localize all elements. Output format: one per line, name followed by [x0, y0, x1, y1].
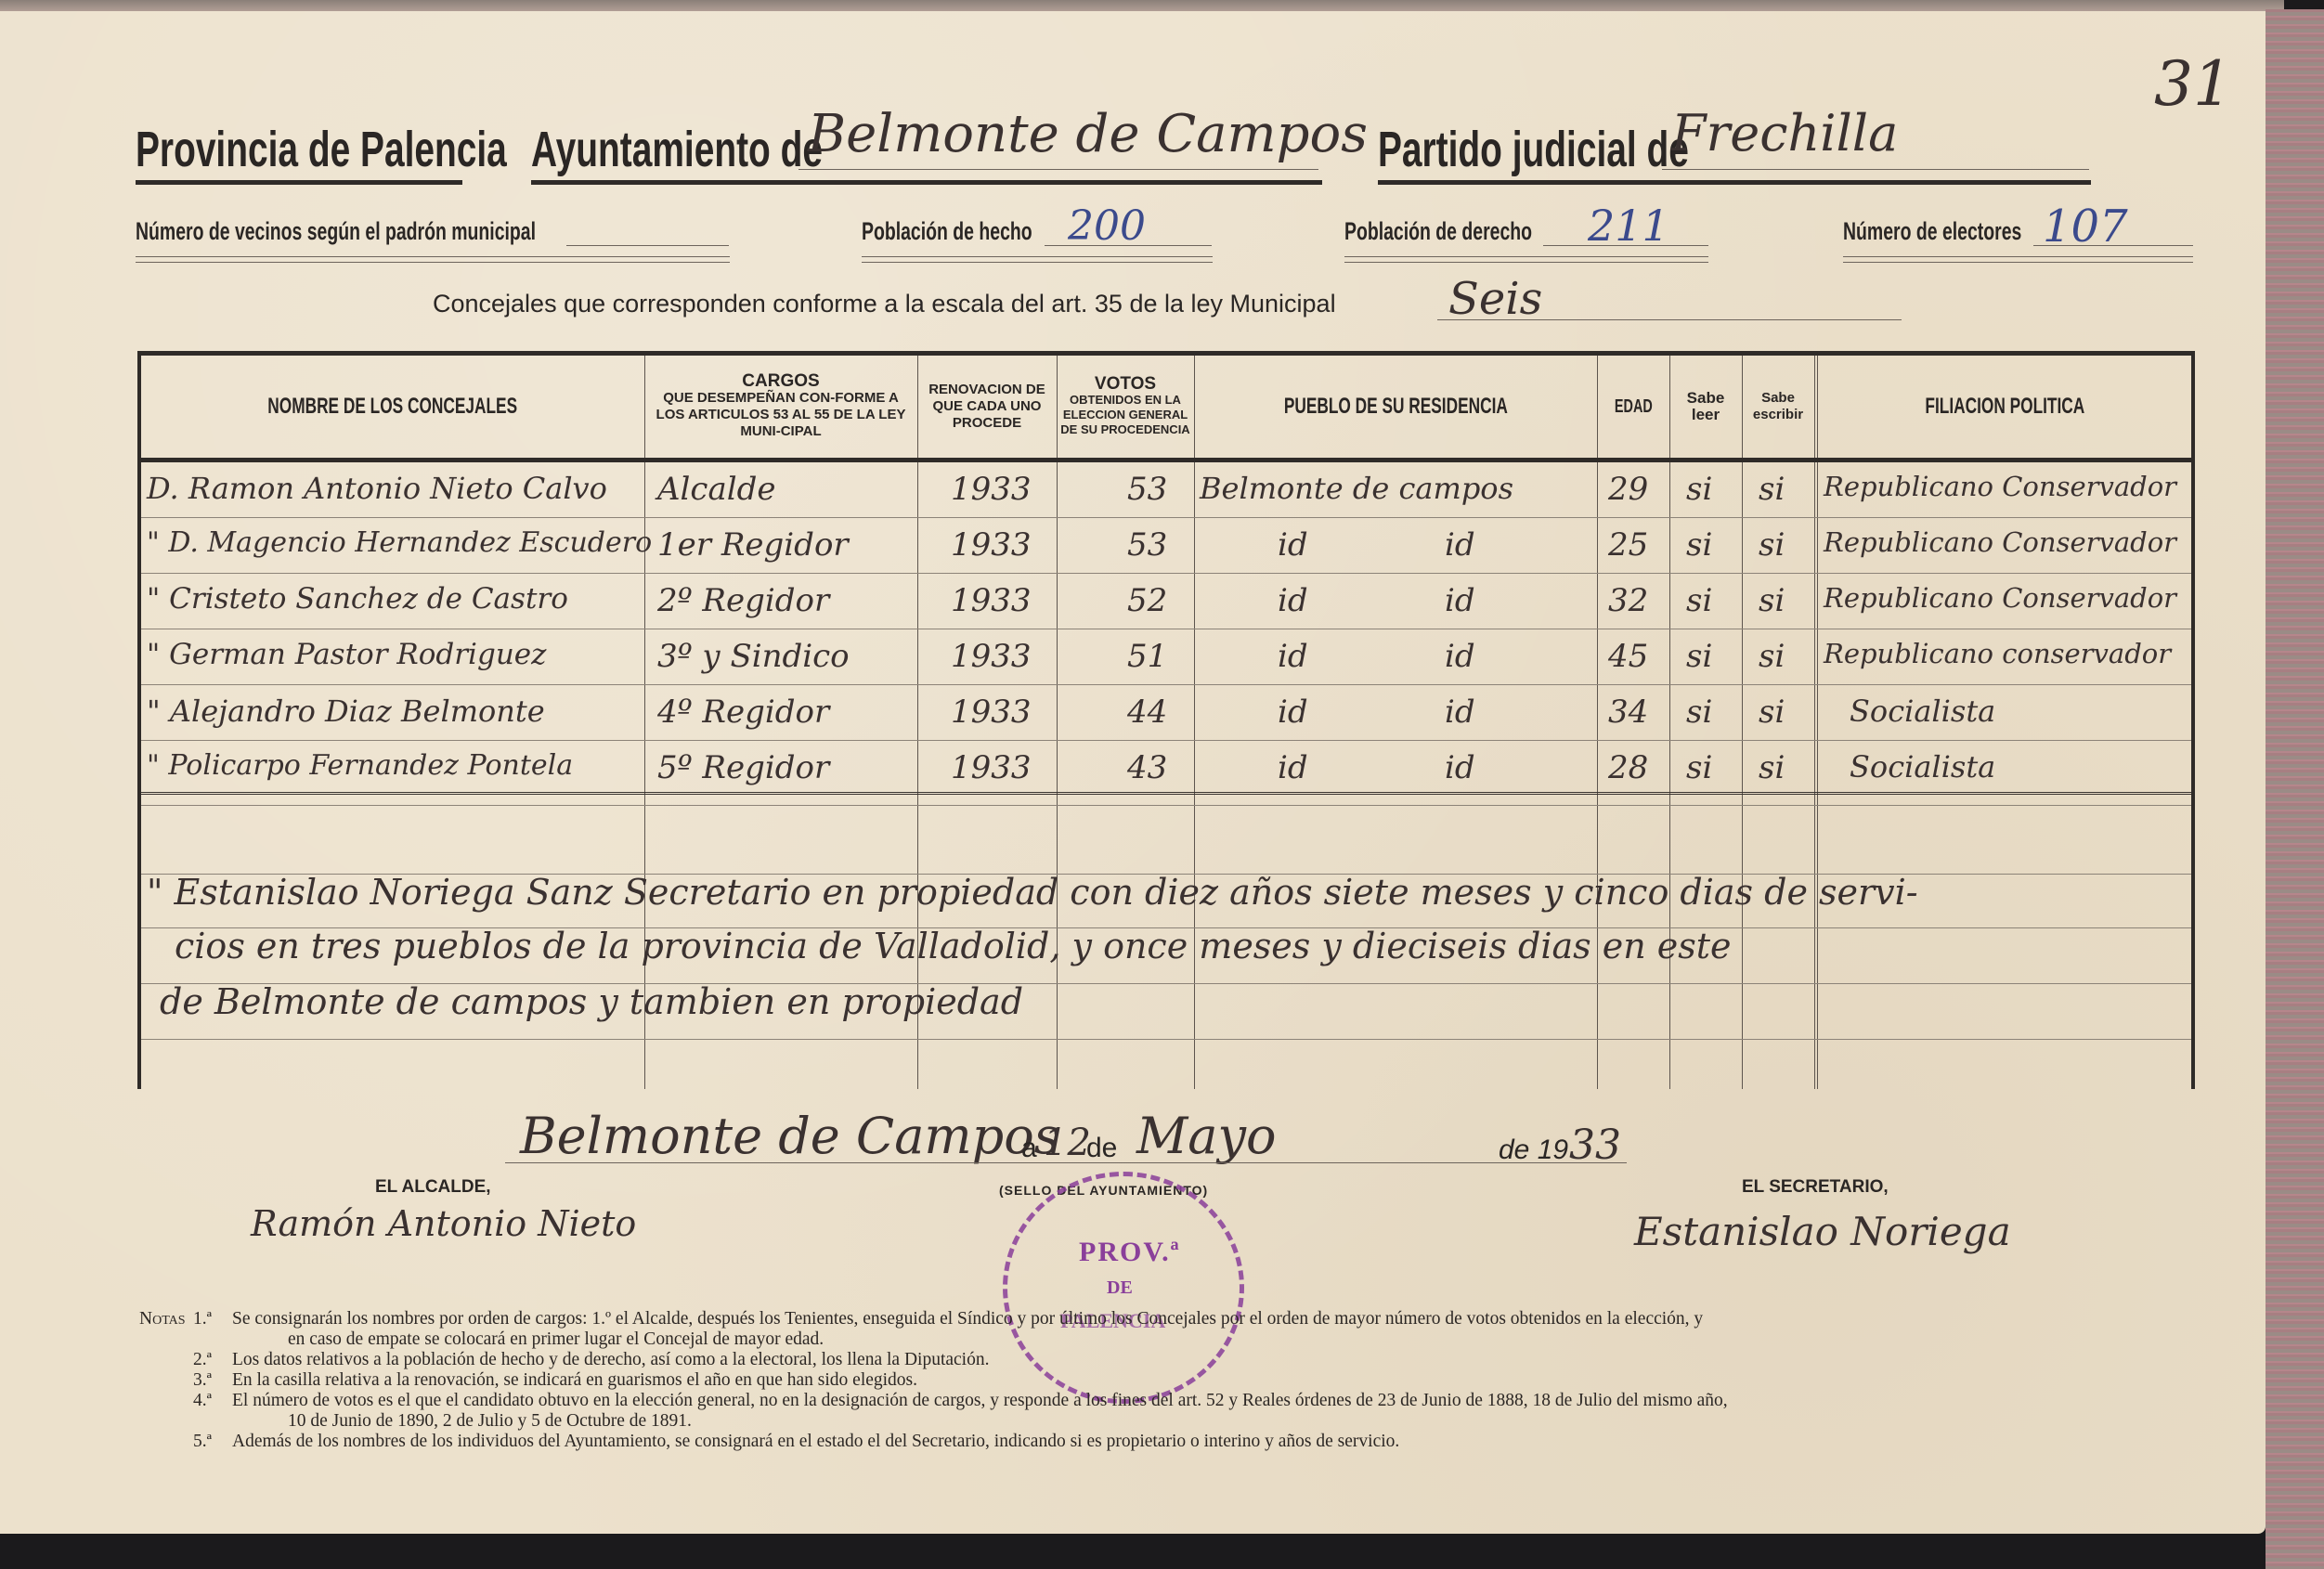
note-text: En la casilla relativa a la renovación, …	[232, 1370, 917, 1391]
vecinos-underline-1	[136, 256, 730, 257]
renovacion-cell: 1933	[951, 526, 1032, 564]
derecho-underline-1	[1344, 256, 1708, 257]
secretario-label: EL SECRETARIO,	[1742, 1177, 1889, 1198]
pueblo-cell: id	[1278, 582, 1308, 619]
concejales-fill-line	[1437, 319, 1902, 320]
hecho-label-wrap: Población de hecho	[862, 217, 1098, 246]
row-line	[141, 684, 2191, 685]
partido-label: Partido judicial de	[1378, 121, 1689, 178]
cargo-cell: 2º Regidor	[657, 582, 829, 619]
date-place: Belmonte de Campos	[520, 1107, 1059, 1165]
sabe-leer-cell: si	[1686, 526, 1712, 564]
row-line	[141, 805, 2191, 806]
derecho-value: 211	[1588, 201, 1669, 251]
votos-cell: 51	[1127, 638, 1167, 675]
concejales-value: Seis	[1448, 273, 1542, 325]
sabe-leer-cell: si	[1686, 471, 1712, 508]
nombre-cell: D. Ramon Antonio Nieto Calvo	[147, 471, 607, 506]
filiacion-cell: Republicano conservador	[1824, 638, 2171, 669]
hecho-label: Población de hecho	[862, 217, 1032, 246]
note-number: 2.ª	[193, 1350, 232, 1370]
sabe-escribir-cell: si	[1759, 749, 1785, 786]
edad-cell: 32	[1608, 582, 1648, 619]
filiacion-cell: Socialista	[1850, 694, 1995, 729]
hecho-underline-1	[862, 256, 1213, 257]
edad-cell: 29	[1608, 471, 1648, 508]
secretario-note-line-2: cios en tres pueblos de la provincia de …	[175, 926, 1732, 966]
col-header-sabe-leer: Sabe leer	[1669, 356, 1742, 458]
col-header-pueblo: PUEBLO DE SU RESIDENCIA	[1194, 356, 1597, 458]
electores-fill-line	[2033, 245, 2193, 246]
col-divider	[1057, 356, 1058, 1089]
stamp-line-2: DE	[1107, 1277, 1133, 1299]
col-header-nombre: NOMBRE DE LOS CONCEJALES	[141, 356, 644, 458]
pueblo-cell: id	[1278, 749, 1308, 786]
note-number: 1.ª	[193, 1309, 232, 1329]
partido-fill-line	[1662, 169, 2089, 170]
edad-cell: 25	[1608, 526, 1648, 564]
col-header-sabe-escribir: Sabe escribir	[1742, 356, 1814, 458]
note-item: 3.ª En la casilla relativa a la renovaci…	[139, 1370, 1728, 1391]
note-item: 5.ª Además de los nombres de los individ…	[139, 1432, 1728, 1452]
note-number: 4.ª	[193, 1391, 232, 1411]
col-divider	[644, 356, 645, 1089]
cargo-cell: 5º Regidor	[657, 749, 829, 786]
derecho-underline-2	[1344, 262, 1708, 263]
note-text: en caso de empate se colocará en primer …	[288, 1329, 824, 1350]
pueblo-cell-2: id	[1445, 526, 1475, 564]
sabe-leer-cell: si	[1686, 638, 1712, 675]
renovacion-cell: 1933	[951, 582, 1032, 619]
nombre-cell: " Policarpo Fernandez Pontela	[147, 749, 573, 782]
sabe-escribir-cell: si	[1759, 638, 1785, 675]
hecho-fill-line	[1045, 245, 1212, 246]
sabe-escribir-cell: si	[1759, 471, 1785, 508]
members-end-line	[141, 792, 2191, 798]
cargo-cell: 4º Regidor	[657, 694, 829, 731]
sabe-leer-cell: si	[1686, 694, 1712, 731]
col-header-votos: VOTOS OBTENIDOS EN LA ELECCION GENERAL D…	[1057, 356, 1194, 458]
votos-cell: 52	[1127, 582, 1167, 619]
concejales-label: Concejales que corresponden conforme a l…	[433, 290, 1336, 318]
sabe-escribir-cell: si	[1759, 582, 1785, 619]
note-text: Además de los nombres de los individuos …	[232, 1432, 1399, 1452]
col-header-edad: EDAD	[1597, 356, 1669, 458]
pueblo-cell: id	[1278, 638, 1308, 675]
alcalde-label: EL ALCALDE,	[375, 1177, 491, 1198]
filiacion-cell: Socialista	[1850, 749, 1995, 784]
register-page: 31 Provincia de Palencia Ayuntamiento de…	[0, 11, 2266, 1534]
pueblo-cell: id	[1278, 694, 1308, 731]
date-day: 12	[1044, 1122, 1091, 1164]
nombre-cell: " Cristeto Sanchez de Castro	[147, 582, 568, 616]
electores-underline-2	[1843, 262, 2193, 263]
date-a: a	[1021, 1133, 1037, 1164]
note-number: 5.ª	[193, 1432, 232, 1452]
date-de: de	[1086, 1133, 1117, 1164]
concejales-table: NOMBRE DE LOS CONCEJALES CARGOS QUE DESE…	[137, 351, 2195, 1089]
votos-cell: 53	[1127, 471, 1167, 508]
secretario-note-line-3: de Belmonte de campos y tambien en propi…	[160, 981, 1023, 1022]
renovacion-cell: 1933	[951, 638, 1032, 675]
notes-section: Notas 1.ª Se consignarán los nombres por…	[139, 1309, 1728, 1452]
pueblo-cell: id	[1278, 526, 1308, 564]
nombre-cell: " Alejandro Diaz Belmonte	[147, 694, 545, 729]
ayuntamiento-underline	[531, 180, 1322, 185]
vecinos-underline-2	[136, 262, 730, 263]
row-line	[141, 1039, 2191, 1040]
sabe-escribir-cell: si	[1759, 526, 1785, 564]
vecinos-fill-line	[566, 245, 729, 246]
col-divider	[917, 356, 918, 1089]
note-text: 10 de Junio de 1890, 2 de Julio y 5 de O…	[288, 1411, 692, 1432]
header-separator	[141, 458, 2191, 462]
derecho-label-wrap: Población de derecho	[1344, 217, 1605, 246]
row-line	[141, 740, 2191, 741]
col-divider	[1814, 356, 1818, 1089]
votos-cell: 53	[1127, 526, 1167, 564]
book-binding-edge	[2266, 9, 2324, 1569]
edad-cell: 34	[1608, 694, 1648, 731]
nombre-cell: " D. Magencio Hernandez Escudero	[147, 526, 652, 559]
sabe-leer-cell: si	[1686, 582, 1712, 619]
renovacion-cell: 1933	[951, 694, 1032, 731]
renovacion-cell: 1933	[951, 749, 1032, 786]
col-header-filiacion: FILIACION POLITICA	[1818, 356, 2191, 458]
note-text: El número de votos es el que el candidat…	[232, 1391, 1728, 1411]
row-line	[141, 517, 2191, 518]
note-text: Los datos relativos a la población de he…	[232, 1350, 989, 1370]
row-line	[141, 629, 2191, 629]
hecho-value: 200	[1068, 202, 1146, 250]
filiacion-cell: Republicano Conservador	[1824, 526, 2176, 558]
nombre-cell: " German Pastor Rodriguez	[147, 638, 546, 671]
col-divider	[1669, 356, 1670, 1089]
pueblo-cell: Belmonte de campos	[1200, 471, 1513, 506]
edad-cell: 45	[1608, 638, 1648, 675]
secretario-signature: Estanislao Noriega	[1634, 1209, 2011, 1254]
notes-label: Notas	[139, 1309, 193, 1329]
provincia-underline	[136, 180, 462, 185]
date-month: Mayo	[1136, 1107, 1277, 1165]
sabe-leer-cell: si	[1686, 749, 1712, 786]
pueblo-cell-2: id	[1445, 582, 1475, 619]
note-number: 3.ª	[193, 1370, 232, 1391]
hecho-underline-2	[862, 262, 1213, 263]
pueblo-cell-2: id	[1445, 694, 1475, 731]
vecinos-label: Número de vecinos según el padrón munici…	[136, 217, 536, 246]
ayuntamiento-label: Ayuntamiento de	[531, 121, 823, 178]
note-text: Se consignarán los nombres por orden de …	[232, 1309, 1703, 1329]
edad-cell: 28	[1608, 749, 1648, 786]
note-item: 4.ª El número de votos es el que el cand…	[139, 1391, 1728, 1411]
partido-underline	[1378, 180, 2091, 185]
row-line	[141, 573, 2191, 574]
partido-value: Frechilla	[1671, 104, 1898, 162]
date-year-prefix: de 19	[1499, 1135, 1568, 1166]
note-continuation: en caso de empate se colocará en primer …	[139, 1329, 1728, 1350]
vecinos-label-wrap: Número de vecinos según el padrón munici…	[136, 217, 692, 246]
col-header-renovacion: RENOVACION DE QUE CADA UNO PROCEDE	[917, 356, 1057, 458]
derecho-fill-line	[1543, 245, 1708, 246]
pueblo-cell-2: id	[1445, 638, 1475, 675]
cargo-cell: Alcalde	[657, 471, 776, 508]
col-divider	[1742, 356, 1743, 1089]
filiacion-cell: Republicano Conservador	[1824, 582, 2176, 614]
cargo-cell: 3º y Sindico	[657, 638, 850, 675]
ayuntamiento-fill-line	[798, 169, 1318, 170]
secretario-note-line-1: " Estanislao Noriega Sanz Secretario en …	[147, 872, 1918, 913]
col-divider	[1194, 356, 1195, 1089]
col-header-cargos: CARGOS QUE DESEMPEÑAN CON-FORME A LOS AR…	[644, 356, 917, 458]
filiacion-cell: Republicano Conservador	[1824, 471, 2176, 502]
sabe-escribir-cell: si	[1759, 694, 1785, 731]
col-divider	[1597, 356, 1598, 1089]
pueblo-cell-2: id	[1445, 749, 1475, 786]
stamp-line-1: PROV.ª	[1079, 1237, 1181, 1268]
ayuntamiento-value: Belmonte de Campos	[808, 104, 1368, 164]
derecho-label: Población de derecho	[1344, 217, 1532, 246]
note-item: Notas 1.ª Se consignarán los nombres por…	[139, 1309, 1728, 1329]
provincia-label: Provincia de Palencia	[136, 121, 507, 178]
renovacion-cell: 1933	[951, 471, 1032, 508]
electores-underline-1	[1843, 256, 2193, 257]
note-continuation: 10 de Junio de 1890, 2 de Julio y 5 de O…	[139, 1411, 1728, 1432]
page-number: 31	[2154, 48, 2232, 120]
votos-cell: 44	[1127, 694, 1167, 731]
electores-label: Número de electores	[1843, 217, 2021, 246]
note-item: 2.ª Los datos relativos a la población d…	[139, 1350, 1728, 1370]
cargo-cell: 1er Regidor	[657, 526, 849, 564]
date-underline	[505, 1162, 1627, 1163]
alcalde-signature: Ramón Antonio Nieto	[251, 1203, 636, 1244]
votos-cell: 43	[1127, 749, 1167, 786]
